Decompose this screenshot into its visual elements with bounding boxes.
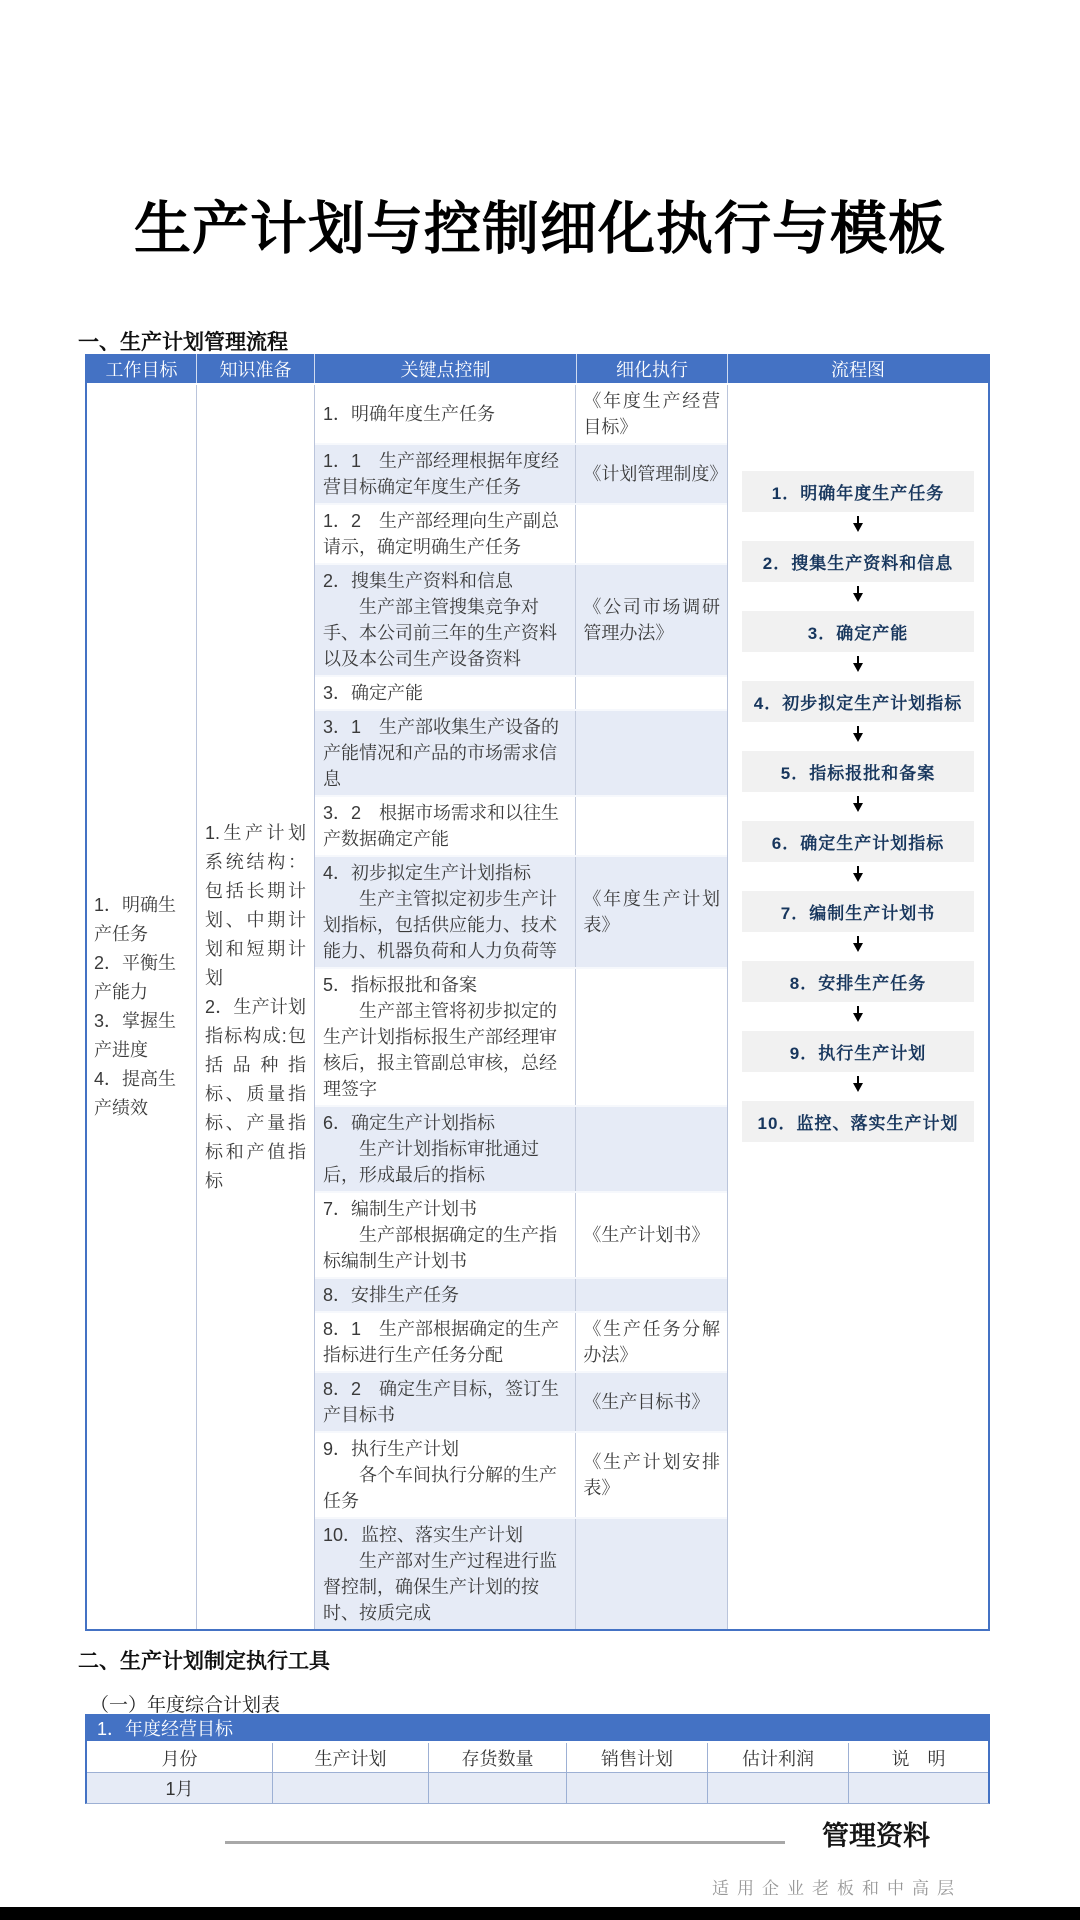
table-row: 3．1 生产部收集生产设备的产能情况和产品的市场需求信息 <box>315 711 727 797</box>
table-row: 8．2 确定生产目标，签订生产目标书《生产目标书》 <box>315 1373 727 1433</box>
page-title: 生产计划与控制细化执行与模板 <box>0 183 1080 265</box>
col-header-production-plan: 生产计划 <box>273 1743 429 1772</box>
flow-step: 8．安排生产任务 <box>742 961 974 1002</box>
col-header-estimated-profit: 估计利润 <box>708 1743 849 1772</box>
table-row: 1．1 生产部经理根据年度经营目标确定年度生产任务《计划管理制度》 <box>315 445 727 505</box>
table-row: 9．执行生产计划 各个车间执行分解的生产任务《生产计划安排表》 <box>315 1433 727 1519</box>
col-header-work-goals: 工作目标 <box>87 354 197 383</box>
down-arrow-icon <box>857 656 859 669</box>
table-row: 1．明确年度生产任务《年度生产经营目标》 <box>315 385 727 445</box>
section1-heading: 一、生产计划管理流程 <box>78 326 288 356</box>
table-row: 8．安排生产任务 <box>315 1279 727 1313</box>
empty-cell <box>429 1773 567 1803</box>
flow-step: 1．明确年度生产任务 <box>742 471 974 512</box>
work-goals-cell: 1．明确生产任务 2．平衡生产能力 3．掌握生产进度 4．提高生产绩效 <box>87 385 197 1629</box>
flowchart: 1．明确年度生产任务 2．搜集生产资料和信息 3．确定产能 4．初步拟定生产计划… <box>728 385 988 1629</box>
col-header-inventory: 存货数量 <box>429 1743 567 1772</box>
footer-tagline: 适用企业老板和中高层 <box>712 1874 962 1899</box>
table-row: 7．编制生产计划书 生产部根据确定的生产指标编制生产计划书《生产计划书》 <box>315 1193 727 1279</box>
annual-plan-data-row: 1月 <box>87 1773 988 1803</box>
col-header-detail-exec: 细化执行 <box>577 354 728 383</box>
down-arrow-icon <box>857 796 859 809</box>
empty-cell <box>273 1773 429 1803</box>
down-arrow-icon <box>857 1006 859 1019</box>
col-header-flowchart: 流程图 <box>728 354 988 383</box>
annual-plan-header-row: 月份 生产计划 存货数量 销售计划 估计利润 说 明 <box>87 1743 988 1773</box>
col-header-notes: 说 明 <box>849 1743 988 1772</box>
empty-cell <box>567 1773 708 1803</box>
bottom-black-bar <box>0 1907 1080 1920</box>
table-row: 5．指标报批和备案 生产部主管将初步拟定的生产计划指标报生产部经理审核后，报主管… <box>315 969 727 1107</box>
table-row: 3．确定产能 <box>315 677 727 711</box>
col-header-knowledge: 知识准备 <box>197 354 315 383</box>
flow-step: 6．确定生产计划指标 <box>742 821 974 862</box>
down-arrow-icon <box>857 1076 859 1089</box>
table-row: 2．搜集生产资料和信息 生产部主管搜集竞争对手、本公司前三年的生产资料以及本公司… <box>315 565 727 677</box>
flow-step: 10．监控、落实生产计划 <box>742 1101 974 1142</box>
table-row: 10．监控、落实生产计划 生产部对生产过程进行监督控制，确保生产计划的按时、按质… <box>315 1519 727 1629</box>
down-arrow-icon <box>857 866 859 879</box>
annual-plan-band: 1．年度经营目标 <box>87 1714 988 1743</box>
flow-step: 2．搜集生产资料和信息 <box>742 541 974 582</box>
section2-heading: 二、生产计划制定执行工具 <box>78 1645 330 1675</box>
footer-divider-line <box>225 1841 785 1844</box>
flow-step: 9．执行生产计划 <box>742 1031 974 1072</box>
process-table-header: 工作目标 知识准备 关键点控制 细化执行 流程图 <box>87 354 988 383</box>
flow-step: 3．确定产能 <box>742 611 974 652</box>
empty-cell <box>849 1773 988 1803</box>
flow-step: 7．编制生产计划书 <box>742 891 974 932</box>
control-exec-rows: 1．明确年度生产任务《年度生产经营目标》 1．1 生产部经理根据年度经营目标确定… <box>315 385 728 1629</box>
col-header-key-control: 关键点控制 <box>315 354 577 383</box>
flow-step: 5．指标报批和备案 <box>742 751 974 792</box>
down-arrow-icon <box>857 586 859 599</box>
month-cell: 1月 <box>87 1773 273 1803</box>
table-row: 4．初步拟定生产计划指标 生产主管拟定初步生产计划指标，包括供应能力、技术能力、… <box>315 857 727 969</box>
annual-plan-table: 1．年度经营目标 月份 生产计划 存货数量 销售计划 估计利润 说 明 1月 <box>85 1714 990 1804</box>
table-row: 6．确定生产计划指标 生产计划指标审批通过后，形成最后的指标 <box>315 1107 727 1193</box>
table-row: 3．2 根据市场需求和以往生产数据确定产能 <box>315 797 727 857</box>
knowledge-cell: 1.生产计划系统结构：包括长期计划、中期计划和短期计划 2．生产计划指标构成:包… <box>197 385 315 1629</box>
process-table: 工作目标 知识准备 关键点控制 细化执行 流程图 1．明确生产任务 2．平衡生产… <box>85 354 990 1631</box>
col-header-sales-plan: 销售计划 <box>567 1743 708 1772</box>
down-arrow-icon <box>857 936 859 949</box>
footer-brand: 管理资料 <box>822 1814 930 1853</box>
down-arrow-icon <box>857 516 859 529</box>
table-row: 8．1 生产部根据确定的生产指标进行生产任务分配《生产任务分解办法》 <box>315 1313 727 1373</box>
down-arrow-icon <box>857 726 859 739</box>
table-row: 1．2 生产部经理向生产副总请示，确定明确生产任务 <box>315 505 727 565</box>
empty-cell <box>708 1773 849 1803</box>
flow-step: 4．初步拟定生产计划指标 <box>742 681 974 722</box>
col-header-month: 月份 <box>87 1743 273 1772</box>
section2-subheading: （一）年度综合计划表 <box>90 1690 280 1717</box>
